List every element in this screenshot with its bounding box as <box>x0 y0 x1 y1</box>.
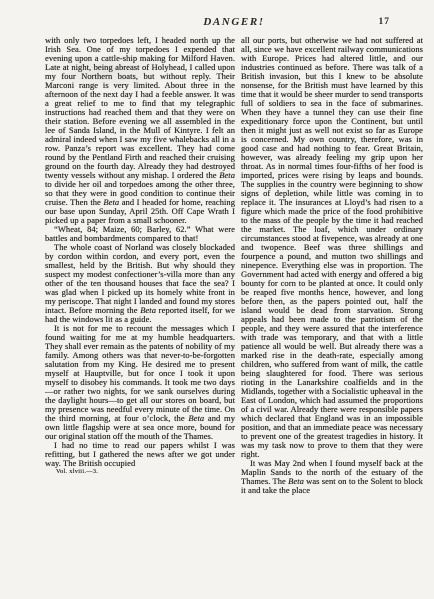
scanned-book-page: DANGER! 17 with only two torpedoes left,… <box>0 0 434 599</box>
paragraph: “Wheat, 84; Maize, 60; Barley, 62.” What… <box>45 225 235 243</box>
paragraph: all our ports, but otherwise we had not … <box>241 36 423 459</box>
volume-footnote: Vol. xlviii.—3. <box>56 468 235 476</box>
paragraph: with only two torpedoes left, I headed n… <box>45 36 235 225</box>
page-header: DANGER! 17 <box>45 16 423 30</box>
running-title: DANGER! <box>45 16 423 28</box>
paragraph: It is not for me to recount the messages… <box>45 324 235 441</box>
page-number: 17 <box>379 17 391 27</box>
paragraph: The whole coast of Norland was closely b… <box>45 243 235 324</box>
right-text-column: all our ports, but otherwise we had not … <box>241 36 423 495</box>
left-text-column: with only two torpedoes left, I headed n… <box>45 36 235 495</box>
text-columns: with only two torpedoes left, I headed n… <box>45 36 423 495</box>
paragraph: I had no time to read our papers whilst … <box>45 441 235 468</box>
paragraph: It was May 2nd when I found myself back … <box>241 459 423 495</box>
